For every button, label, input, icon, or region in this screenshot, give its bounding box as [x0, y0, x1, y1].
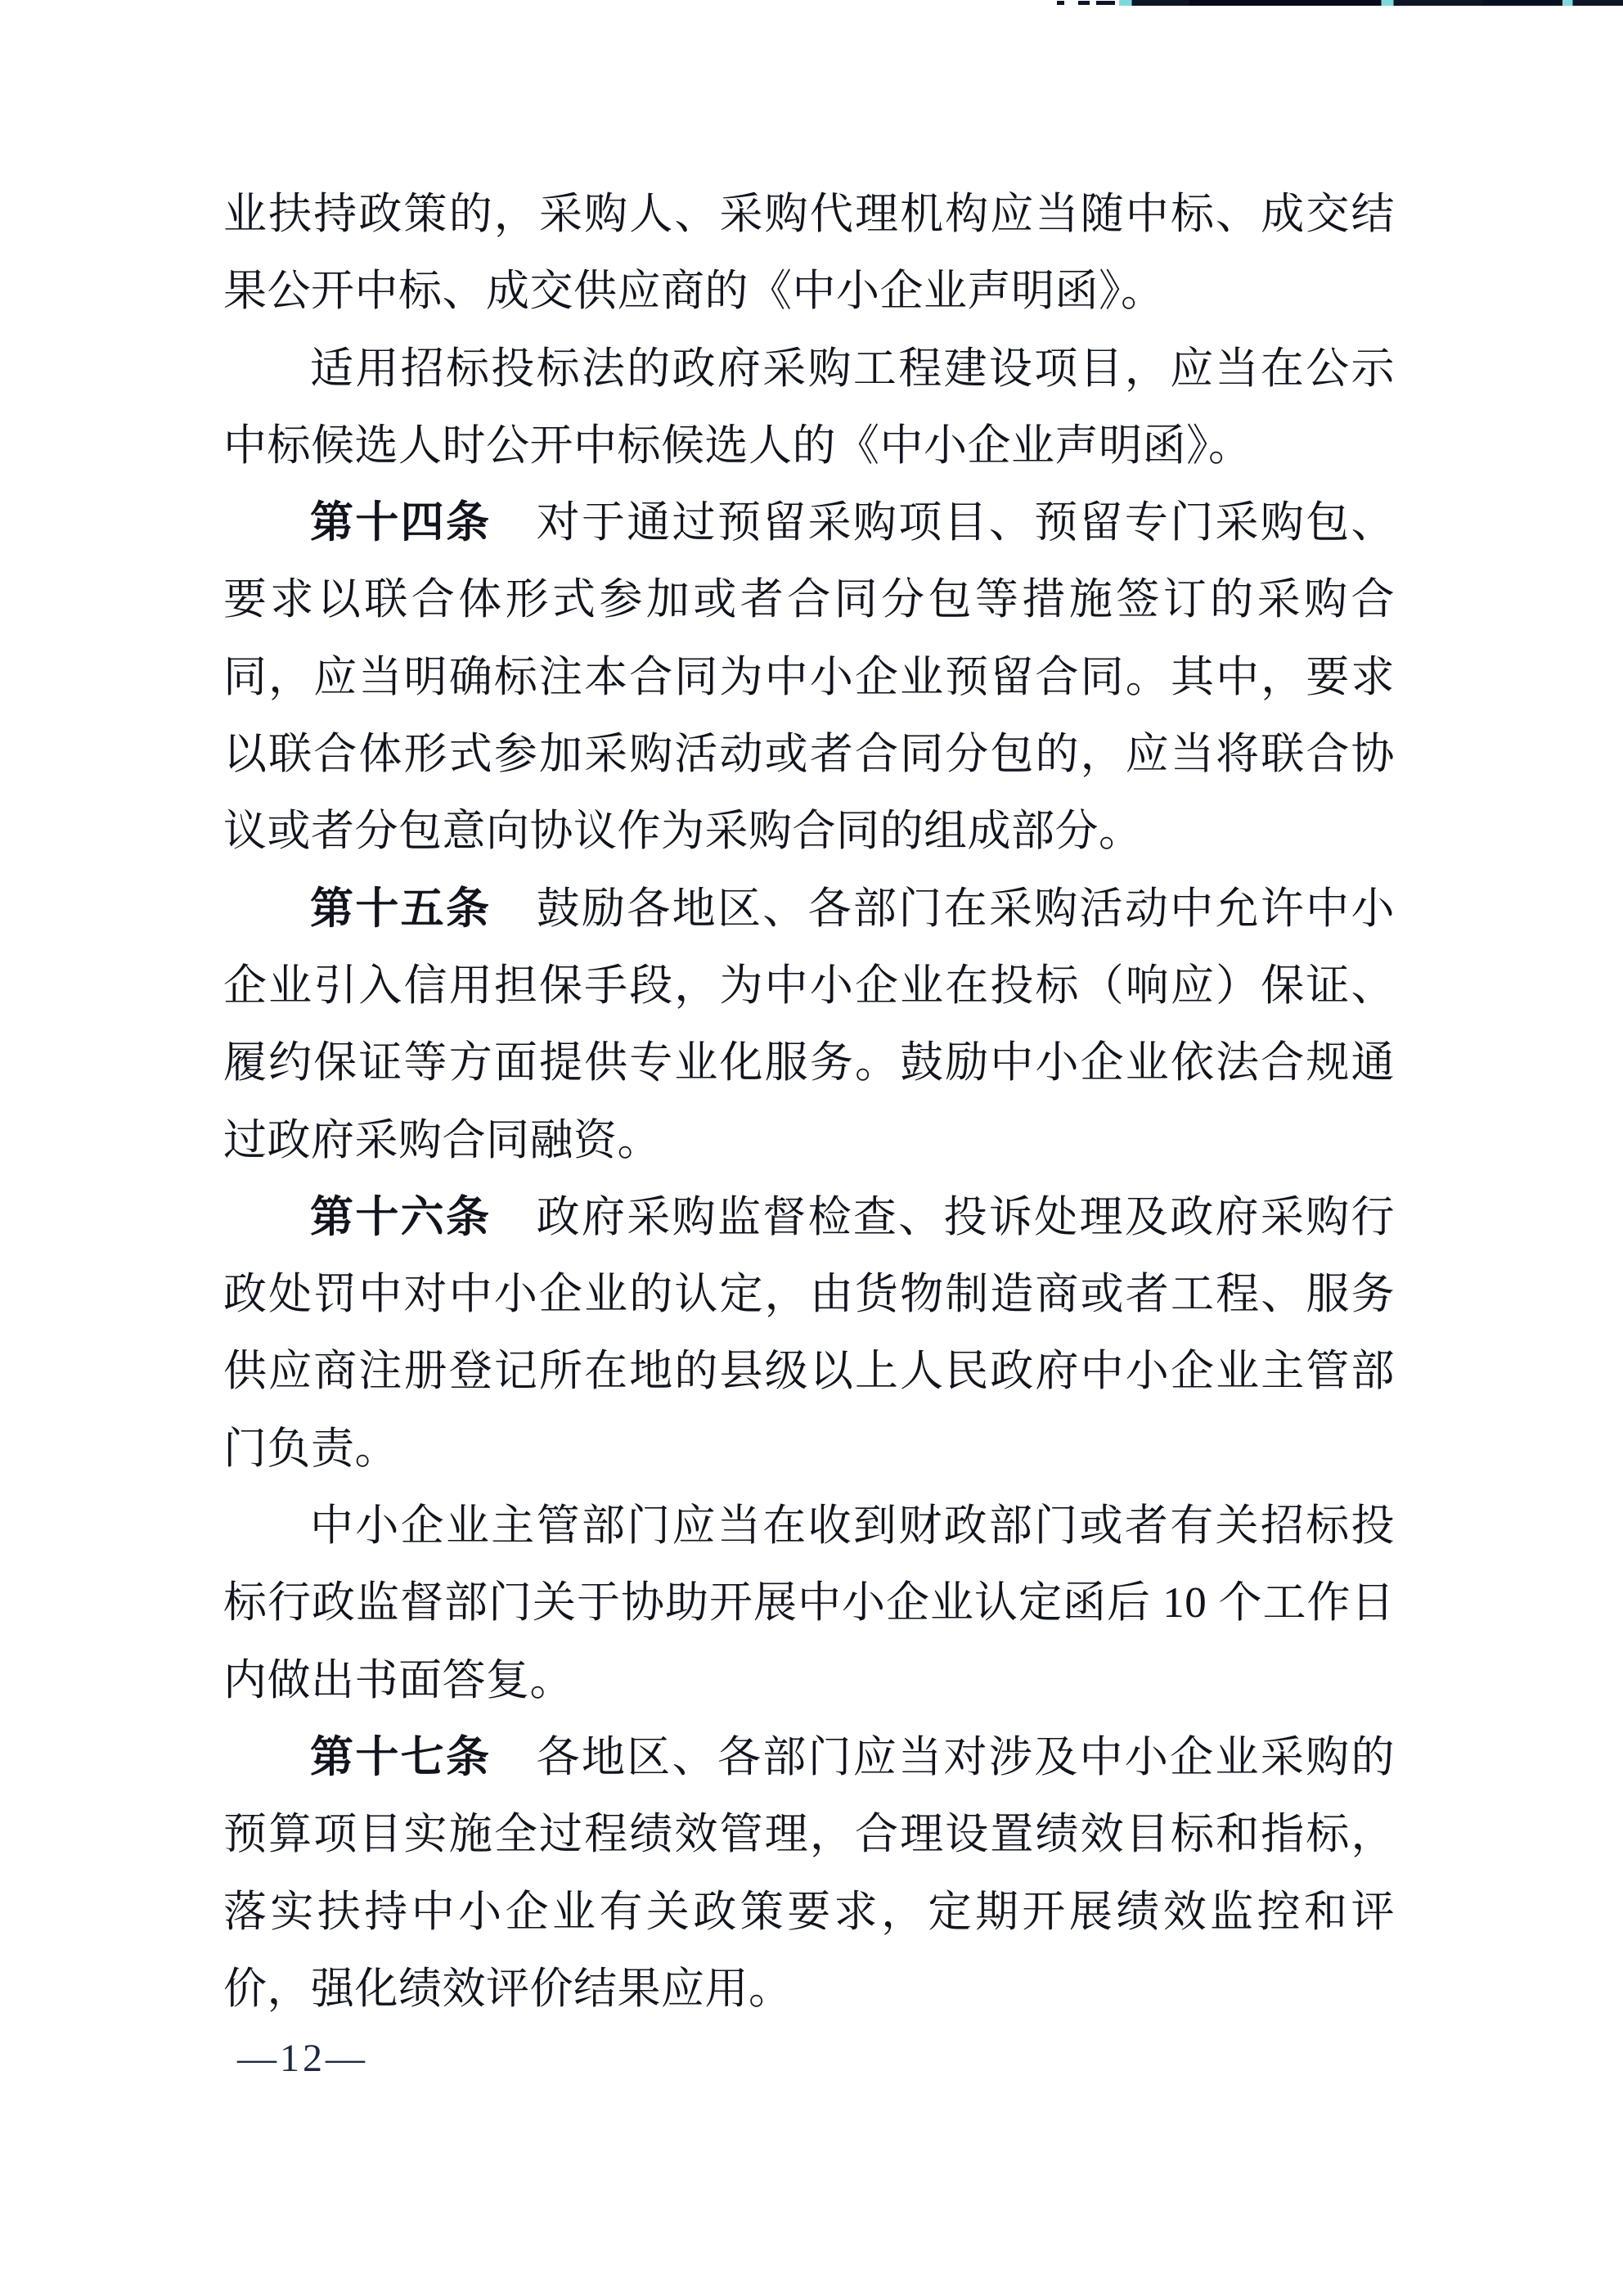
page-number: —12— [237, 2034, 368, 2083]
scan-artifact-strip [1119, 0, 1623, 6]
paragraph-text: 中小企业主管部门应当在收到财政部门或者有关招标投标行政监督部门关于协助开展中小企… [223, 1502, 1395, 1704]
paragraph-article-14: 第十四条 对于通过预留采购项目、预留专门采购包、要求以联合体形式参加或者合同分包… [223, 484, 1395, 870]
paragraph-article-15: 第十五条 鼓励各地区、各部门在采购活动中允许中小企业引入信用担保手段，为中小企业… [223, 871, 1395, 1179]
paragraph-written-reply: 中小企业主管部门应当在收到财政部门或者有关招标投标行政监督部门关于协助开展中小企… [223, 1488, 1395, 1719]
document-text-block: 业扶持政策的，采购人、采购代理机构应当随中标、成交结果公开中标、成交供应商的《中… [223, 176, 1395, 2028]
scan-artifact-fragment [1096, 1, 1115, 5]
paragraph-text: 业扶持政策的，采购人、采购代理机构应当随中标、成交结果公开中标、成交供应商的《中… [223, 191, 1395, 315]
paragraph-continuation: 业扶持政策的，采购人、采购代理机构应当随中标、成交结果公开中标、成交供应商的《中… [223, 176, 1395, 331]
paragraph-text: 对于通过预留采购项目、预留专门采购包、要求以联合体形式参加或者合同分包等措施签订… [223, 499, 1395, 855]
article-15-heading: 第十五条 [310, 885, 491, 933]
article-16-heading: 第十六条 [310, 1193, 491, 1241]
article-17-heading: 第十七条 [310, 1733, 491, 1781]
article-14-heading: 第十四条 [310, 498, 491, 547]
scan-artifact-fragment [1078, 1, 1090, 5]
scan-artifact-fragment [1057, 1, 1064, 5]
paragraph-article-16: 第十六条 政府采购监督检查、投诉处理及政府采购行政处罚中对中小企业的认定，由货物… [223, 1179, 1395, 1488]
paragraph-article-17: 第十七条 各地区、各部门应当对涉及中小企业采购的预算项目实施全过程绩效管理，合理… [223, 1719, 1395, 2028]
document-page: 业扶持政策的，采购人、采购代理机构应当随中标、成交结果公开中标、成交供应商的《中… [0, 0, 1623, 2296]
paragraph-bidding-law-projects: 适用招标投标法的政府采购工程建设项目，应当在公示中标候选人时公开中标候选人的《中… [223, 331, 1395, 485]
paragraph-text: 适用招标投标法的政府采购工程建设项目，应当在公示中标候选人时公开中标候选人的《中… [223, 345, 1395, 470]
